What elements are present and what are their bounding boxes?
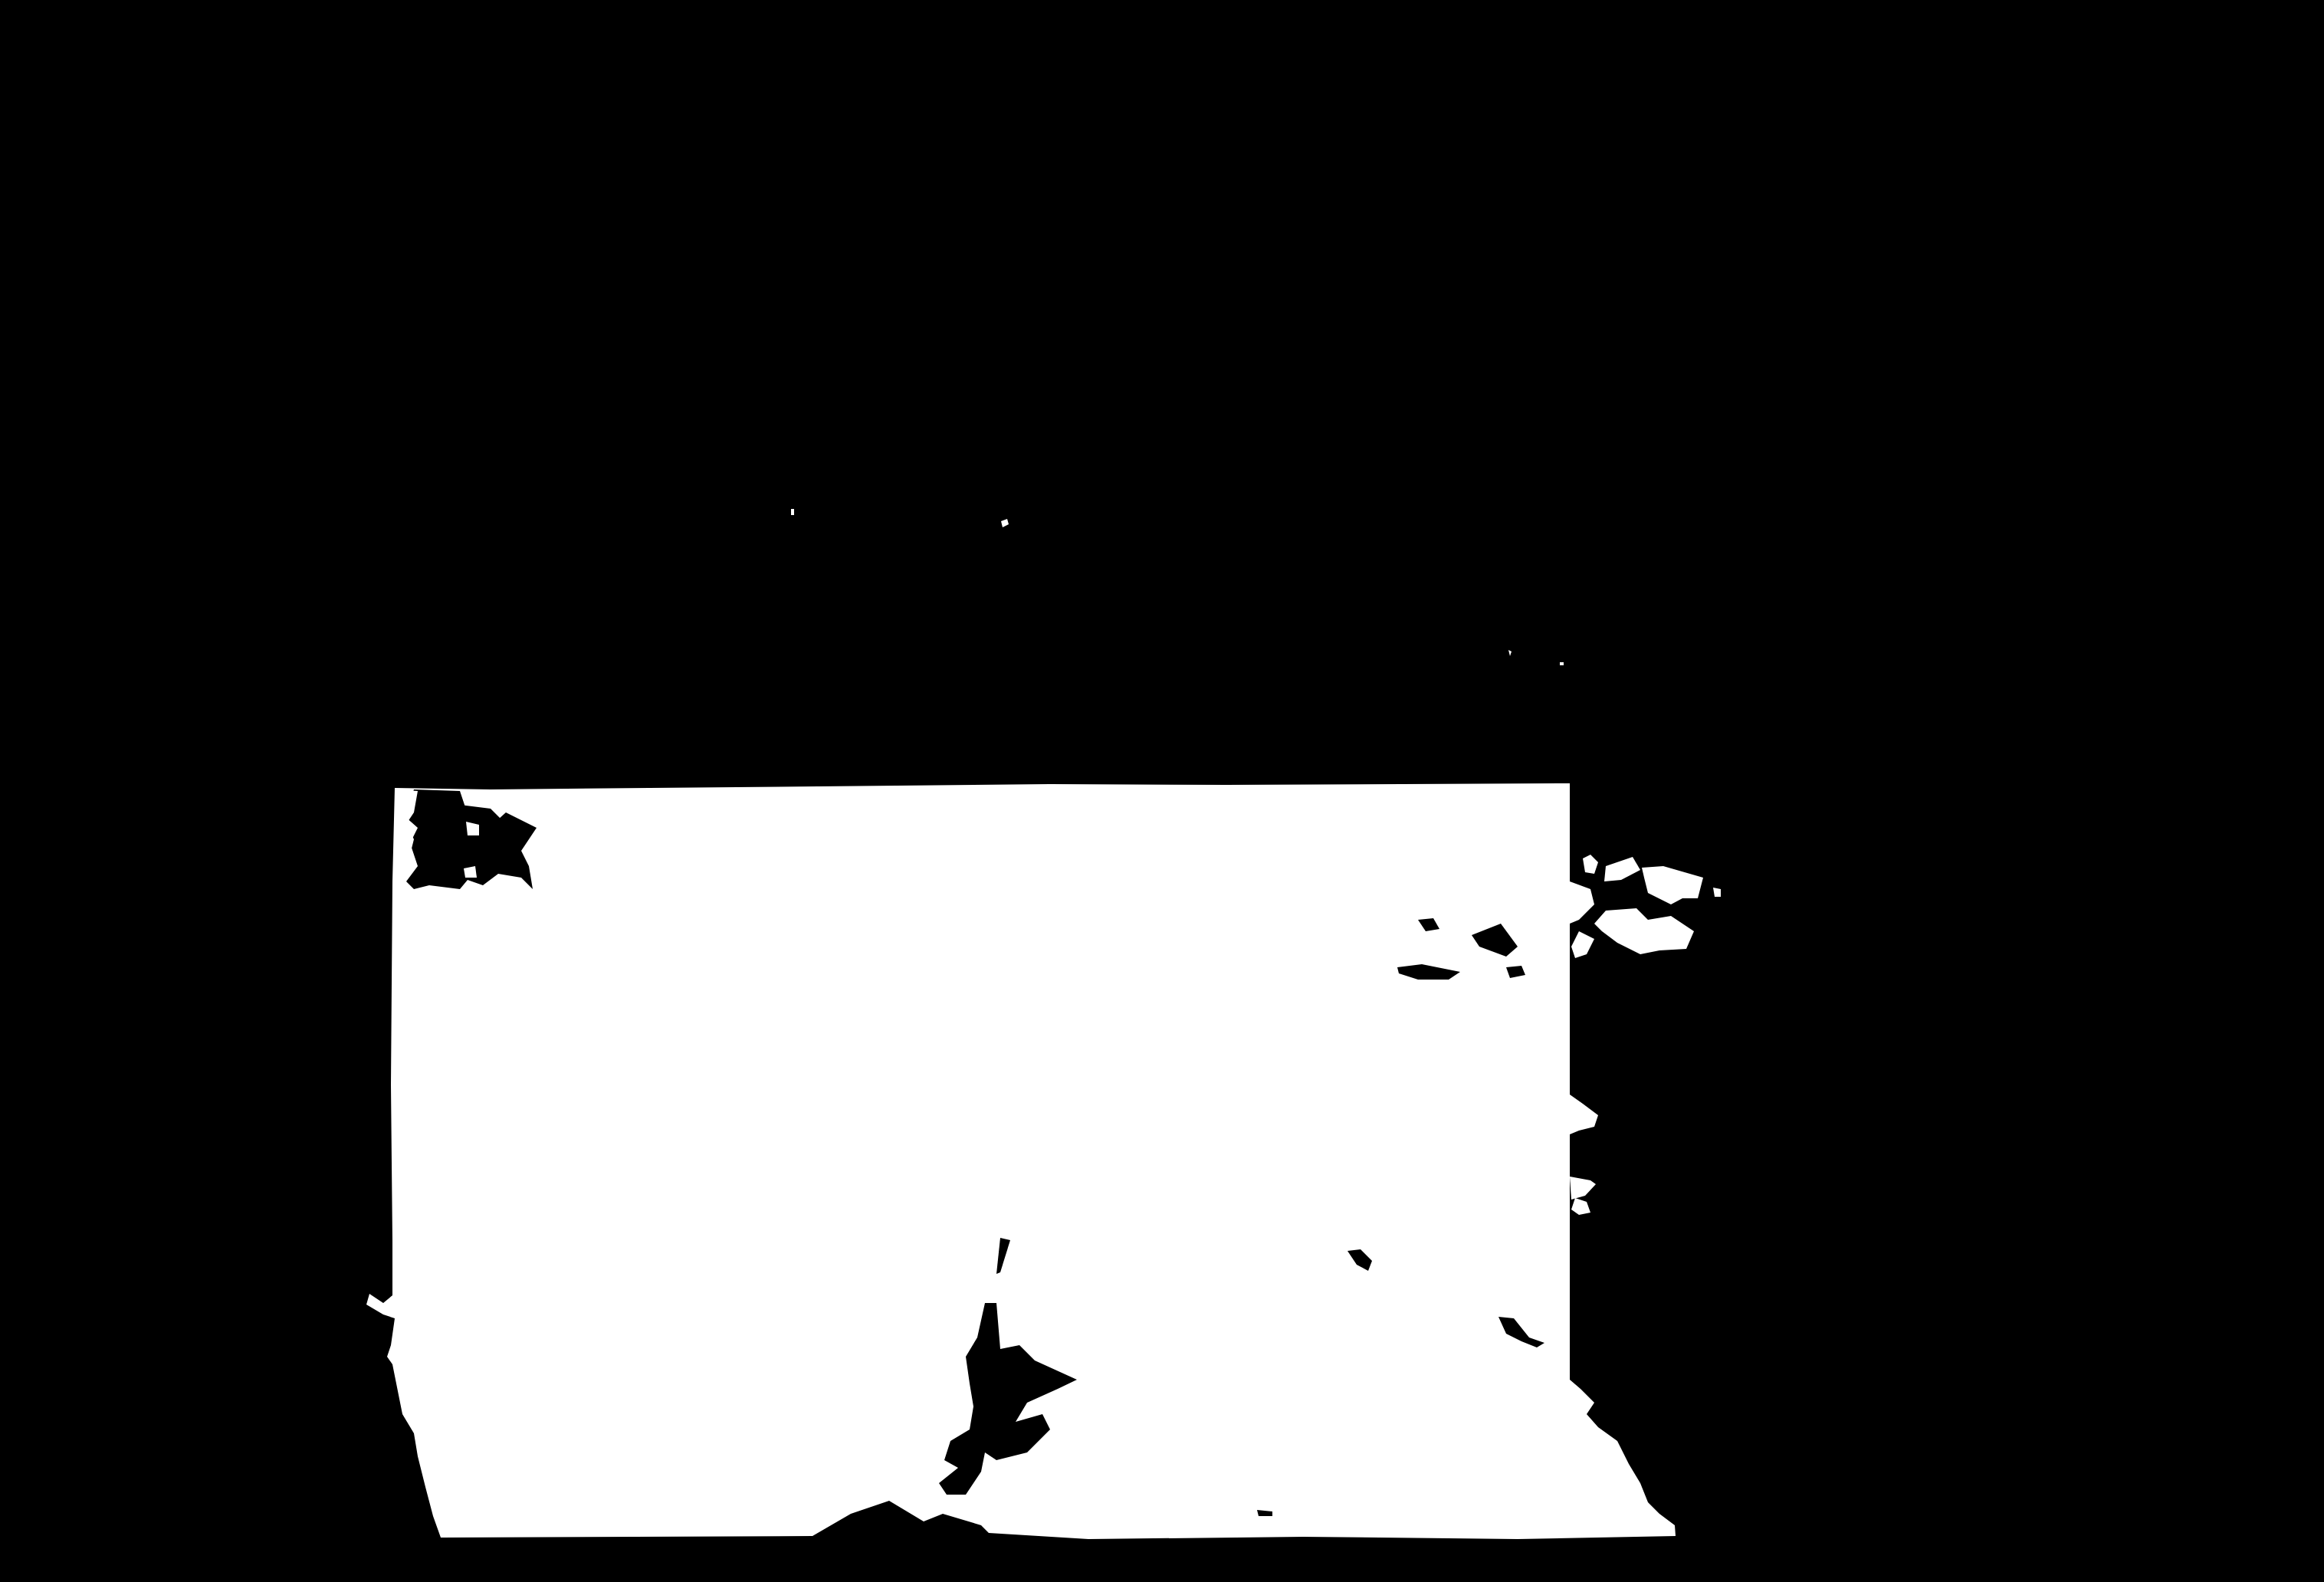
mask-speck — [1560, 662, 1564, 665]
segmentation-mask — [0, 0, 2324, 1582]
mask-speck — [791, 509, 794, 515]
